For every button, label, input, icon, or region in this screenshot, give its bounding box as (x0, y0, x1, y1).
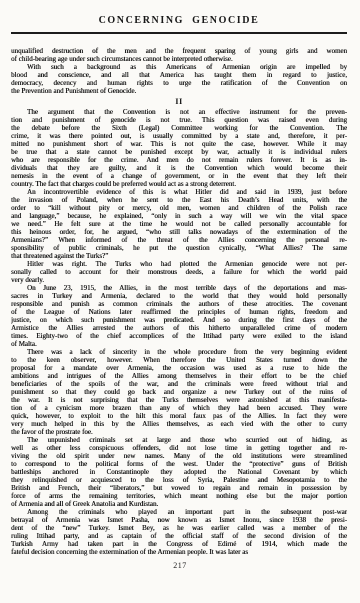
text-line: the invasion of Poland, when he sent to … (11, 196, 347, 204)
paragraph: The argument that the Convention is not … (11, 108, 347, 188)
running-head: CONCERNING GENOCIDE (11, 15, 347, 27)
text-line: force of arms the remaining territories,… (11, 492, 347, 500)
text-line: punishment so that they could go back an… (11, 388, 347, 396)
text-line: of Armenia and all of Greek Anatolia and… (11, 500, 347, 508)
text-line: Hitler was right. The Turks who had plot… (11, 260, 347, 268)
text-line: the favor of the prostrate foe. (11, 428, 347, 436)
text-line: There was a lack of sincerity in the who… (11, 348, 347, 356)
text-line: quick, however, to exploit to the hilt t… (11, 412, 347, 420)
text-line: the war. It is not surprising that the T… (11, 396, 347, 404)
paragraph: The unpunished criminals set at large an… (11, 436, 347, 508)
text-line: The argument that the Convention is not … (11, 108, 347, 116)
text-line: country. The fact that charges could be … (11, 180, 347, 188)
text-line: viving the old spirit under new names. M… (11, 452, 347, 460)
text-line: tion of a cynicism more brazen than any … (11, 404, 347, 412)
paragraph: There was a lack of sincerity in the who… (11, 348, 347, 436)
text-line: very dearly. (11, 276, 347, 284)
text-line: Among the criminals who played an import… (11, 508, 347, 516)
page-container: CONCERNING GENOCIDE unqualified destruct… (0, 0, 360, 603)
text-line: unqualified destruction of the men and t… (11, 47, 347, 55)
text-line: of child-bearing age under such circumst… (11, 55, 347, 63)
text-line: and language,” because, he explained, “o… (11, 212, 347, 220)
text-line: ambitions and intrigues of the Allies am… (11, 372, 347, 380)
page-number: 217 (0, 561, 360, 570)
text-line: proposal for a mandate over Armenia, the… (11, 364, 347, 372)
text-line: of Malta. (11, 340, 347, 348)
text-line: justice, on which such punishment was pr… (11, 316, 347, 324)
paragraph: unqualified destruction of the men and t… (11, 47, 347, 63)
text-line: the Prevention and Punishment of Genocid… (11, 87, 347, 95)
text-line: this heinous order, for, he argued, “who… (11, 228, 347, 236)
text-line: times. Eighty-two of the chief accomplic… (11, 332, 347, 340)
text-line: mitted no punishment short of war. This … (11, 140, 347, 148)
text-line: sonally called to account for their mons… (11, 268, 347, 276)
paragraph: With such a background as this Americans… (11, 63, 347, 95)
text-line: sacres in Turkey and Armenia, declared t… (11, 292, 347, 300)
text-line: crime, it was there pointed out, is usua… (11, 132, 347, 140)
text-line: With such a background as this Americans… (11, 63, 347, 71)
text-line: The unpunished criminals set at large an… (11, 436, 347, 444)
text-line: of the League of Nations later reaffirme… (11, 308, 347, 316)
text-line: responsible and punish as common crimina… (11, 300, 347, 308)
text-line: very much helped in this by the Allies t… (11, 420, 347, 428)
text-line: be true that a state cannot be punished … (11, 148, 347, 156)
paragraph: Hitler was right. The Turks who had plot… (11, 260, 347, 284)
text-line: fateful decision concerning the extermin… (11, 548, 347, 556)
text-line: dividuals that they are guilty, and it i… (11, 164, 347, 172)
text-line: battleships anchored in Constantinople t… (11, 468, 347, 476)
text-line: blood and conscience, and all that Ameri… (11, 71, 347, 79)
paragraph: An incontrovertible evidence of this is … (11, 188, 347, 260)
text-line: they relinquished or acquiesced to the l… (11, 476, 347, 484)
text-line: order to “kill without pity or mercy, ol… (11, 204, 347, 212)
text-line: beneficiaries of the spoils of the war, … (11, 380, 347, 388)
text-line: nemesis in the event of a change of gove… (11, 172, 347, 180)
text-line: we need.” He felt sure at the time he wo… (11, 220, 347, 228)
text-line: well as other less conspicuous offenders… (11, 444, 347, 452)
text-line: ruling Ittihad party, and as captain of … (11, 532, 347, 540)
paragraph: On June 23, 1915, the Allies, in the mos… (11, 284, 347, 348)
text-line: Armenians?” When informed of the threat … (11, 236, 347, 244)
text-line: tion and punishment of genocide is not t… (11, 116, 347, 124)
text-line: dent of the “new” Turkey. Ismet Bey, as … (11, 524, 347, 532)
text-line: British and French, their “liberators,” … (11, 484, 347, 492)
text-line: On June 23, 1915, the Allies, in the mos… (11, 284, 347, 292)
text-line: betrayal of Armenia was Ismet Pasha, now… (11, 516, 347, 524)
text-line: An incontrovertible evidence of this is … (11, 188, 347, 196)
text-line: sponsibility of public criminals, he put… (11, 244, 347, 252)
text-line: that threatened against the Turks?” (11, 252, 347, 260)
text-line: to correspond to the political forms of … (11, 460, 347, 468)
text-line: democracy, decency and human rights to u… (11, 79, 347, 87)
header-rule (11, 32, 347, 34)
page-body: unqualified destruction of the men and t… (11, 47, 347, 556)
text-line: to the keen observer, however. When ther… (11, 356, 347, 364)
text-line: who are responsible for the crime. And m… (11, 156, 347, 164)
text-line: Turkish Army had taken part in the Congr… (11, 540, 347, 548)
text-line: the debate before the Sixth (Legal) Comm… (11, 124, 347, 132)
paragraph: Among the criminals who played an import… (11, 508, 347, 556)
section-heading: II (11, 97, 347, 106)
text-line: Armistice the Allies arrested the author… (11, 324, 347, 332)
